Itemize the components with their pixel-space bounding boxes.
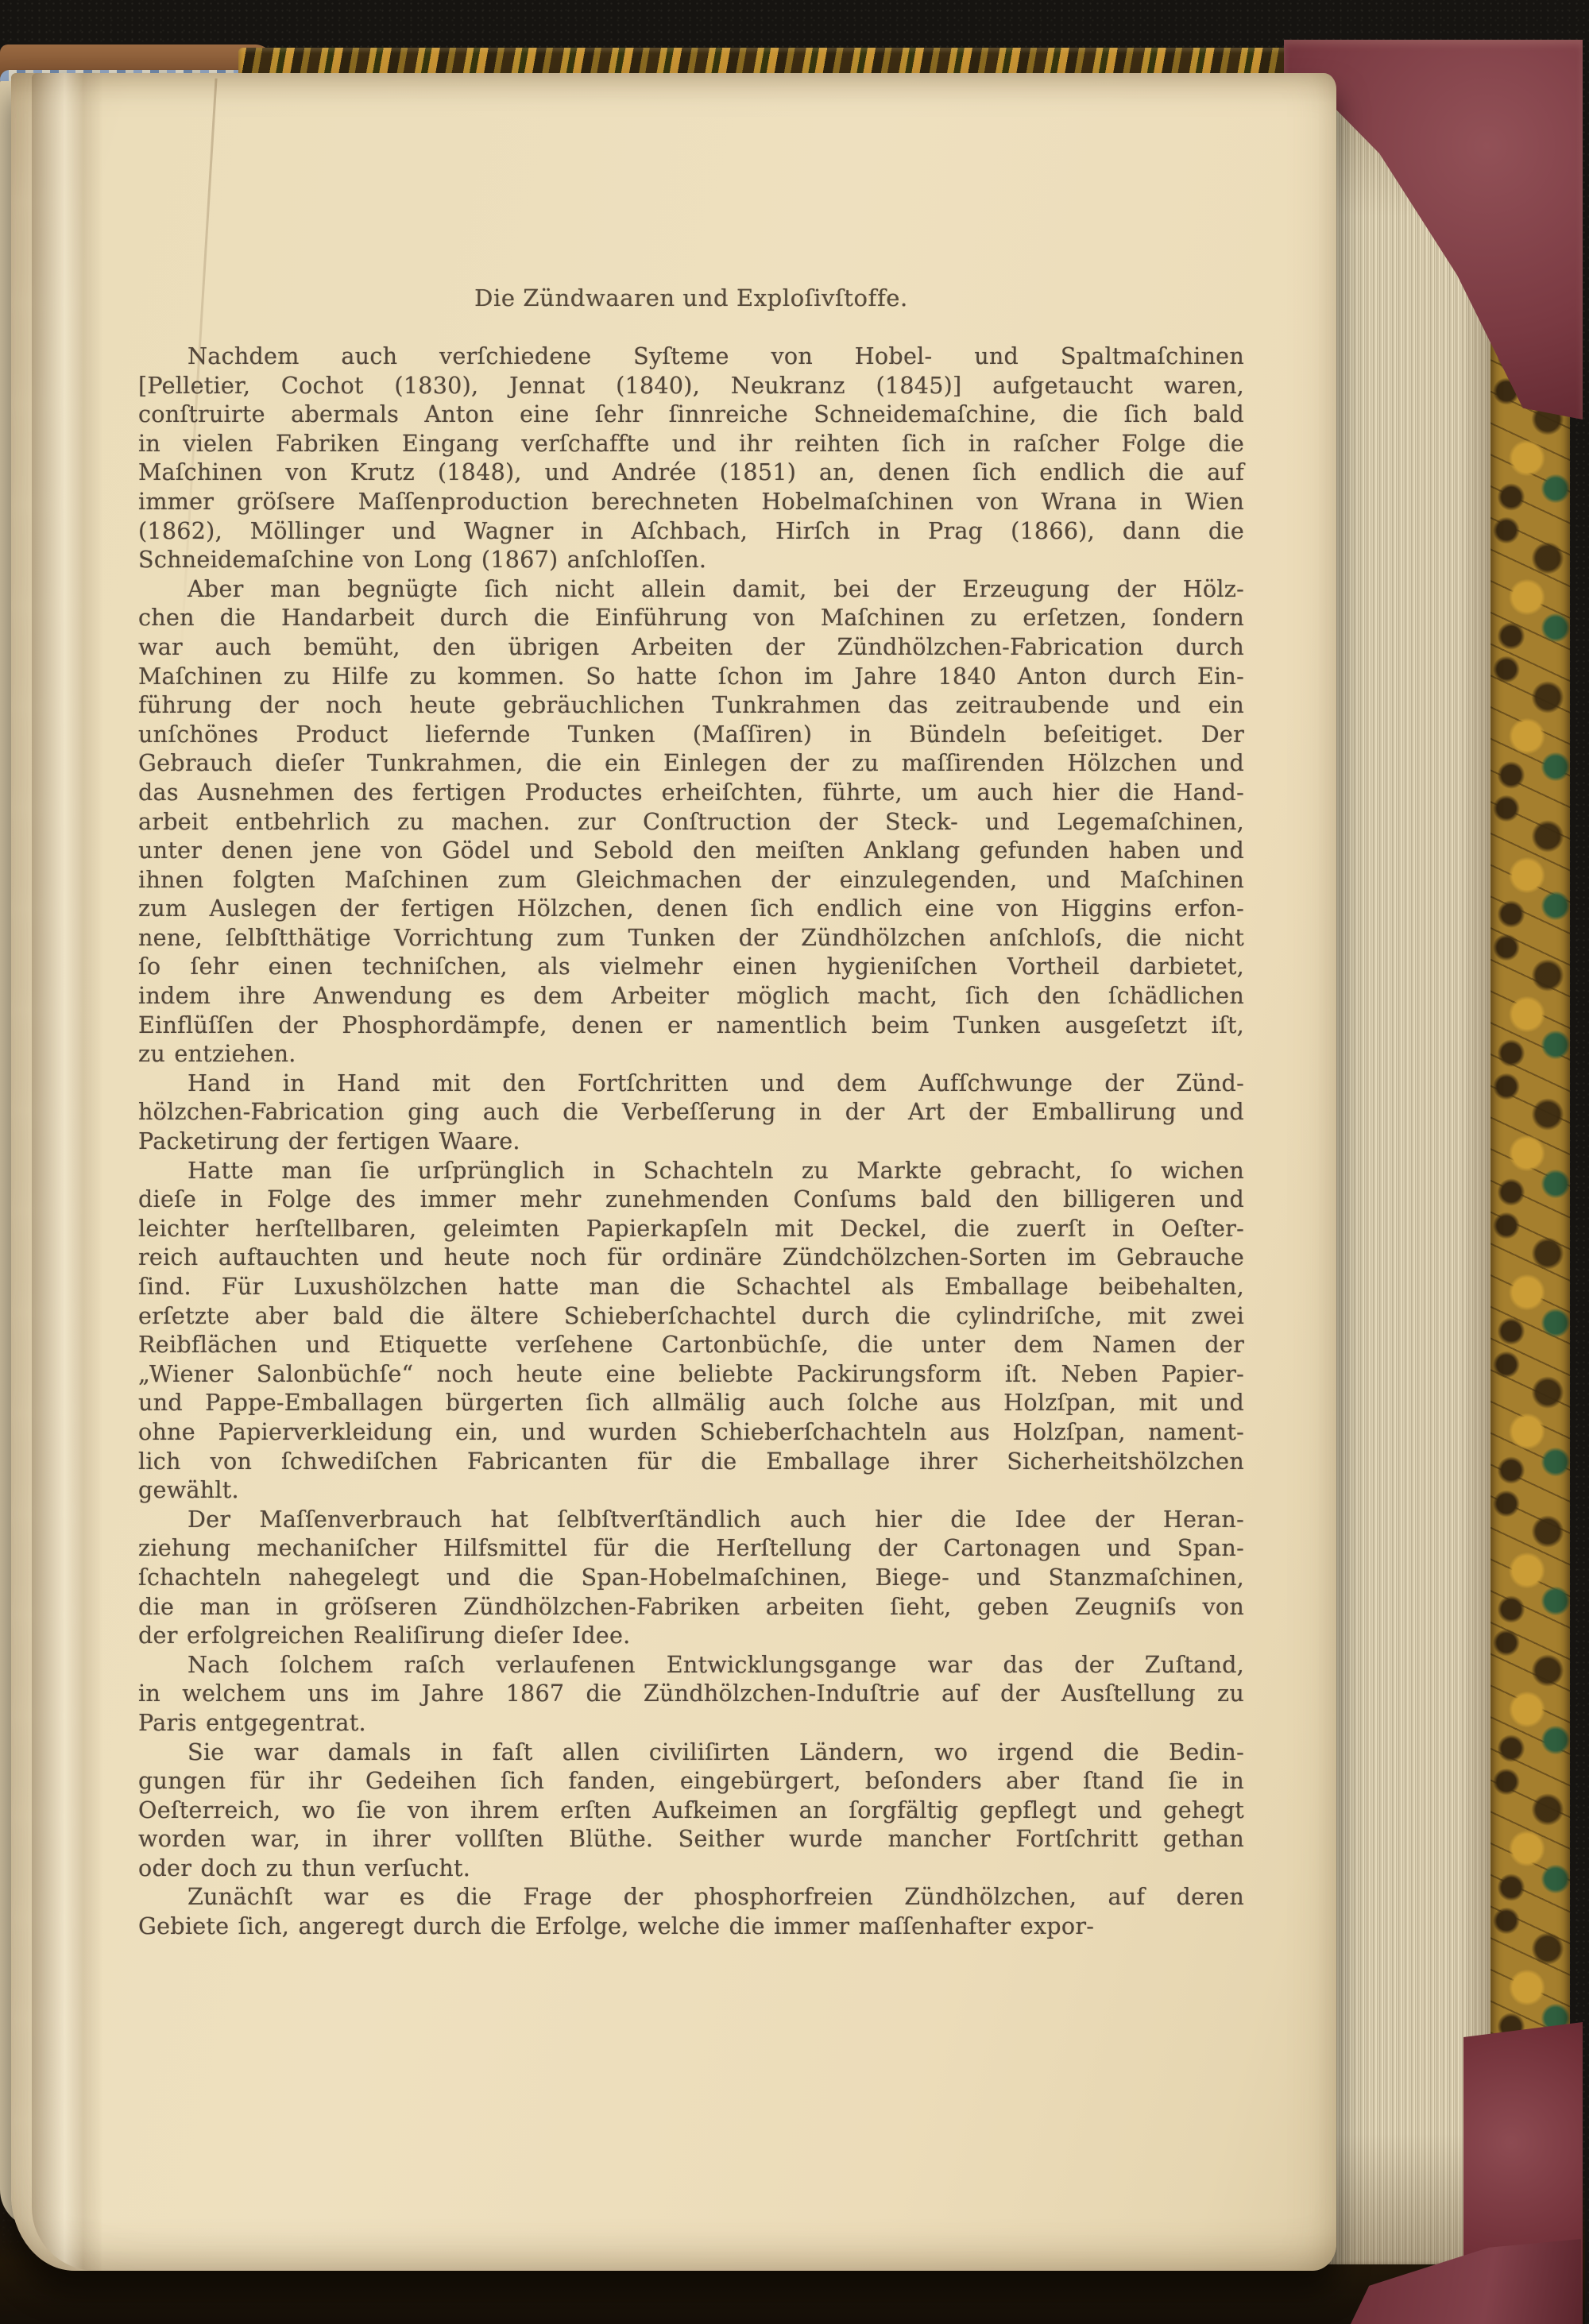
running-head: Die Zündwaaren und Exploſivſtoffe. [138, 284, 1244, 311]
text-line: Gebrauch dieſer Tunkrahmen, die ein Einl… [138, 748, 1244, 778]
text-line: Der Maſſenverbrauch hat ſelbſtverſtändli… [138, 1505, 1244, 1534]
text-line: Oeſterreich, wo ſie von ihrem erſten Auf… [138, 1796, 1244, 1825]
text-line: worden war, in ihrer vollſten Blüthe. Se… [138, 1824, 1244, 1854]
text-line: Nach ſolchem raſch verlaufenen Entwicklu… [138, 1650, 1244, 1680]
text-line: conſtruirte abermals Anton eine ſehr ſin… [138, 400, 1244, 429]
text-line: zu entziehen. [138, 1039, 1244, 1069]
text-line: oder doch zu thun verſucht. [138, 1854, 1244, 1883]
text-line: [Pelletier, Cochot (1830), Jennat (1840)… [138, 371, 1244, 400]
text-line: war auch bemüht, den übrigen Arbeiten de… [138, 632, 1244, 662]
text-line: lich von ſchwediſchen Fabricanten für di… [138, 1447, 1244, 1476]
book-page: Die Zündwaaren und Exploſivſtoffe. Nachd… [11, 73, 1336, 2271]
text-line: die man in gröſseren Zündhölzchen-Fabrik… [138, 1592, 1244, 1622]
text-line: Gebiete ſich, angeregt durch die Erfolge… [138, 1912, 1244, 1941]
text-line: „Wiener Salonbüchſe“ noch heute eine bel… [138, 1359, 1244, 1389]
text-line: Maſchinen von Krutz (1848), und Andrée (… [138, 458, 1244, 487]
paragraph: Hand in Hand mit den Fortſchritten und d… [138, 1069, 1244, 1156]
text-line: ſo ſehr einen techniſchen, als vielmehr … [138, 952, 1244, 981]
text-line: zum Auslegen der fertigen Hölzchen, dene… [138, 894, 1244, 923]
text-line: chen die Handarbeit durch die Einführung… [138, 603, 1244, 632]
paragraph: Der Maſſenverbrauch hat ſelbſtverſtändli… [138, 1505, 1244, 1650]
text-line: Sie war damals in faſt allen civiliſirte… [138, 1738, 1244, 1767]
text-line: hölzchen-Fabrication ging auch die Verbe… [138, 1097, 1244, 1127]
book-scan-photo: Die Zündwaaren und Exploſivſtoffe. Nachd… [0, 0, 1589, 2324]
text-line: in welchem uns im Jahre 1867 die Zündhöl… [138, 1679, 1244, 1708]
text-line: gungen für ihr Gedeihen ſich fanden, ein… [138, 1766, 1244, 1796]
text-line: Nachdem auch verſchiedene Syſteme von Ho… [138, 342, 1244, 371]
text-line: Hand in Hand mit den Fortſchritten und d… [138, 1069, 1244, 1098]
text-line: Maſchinen zu Hilfe zu kommen. So hatte ſ… [138, 662, 1244, 691]
text-line: unſchönes Product liefernde Tunken (Maſſ… [138, 720, 1244, 749]
gutter-shadow [32, 73, 103, 2271]
text-line: ihnen folgten Maſchinen zum Gleichmachen… [138, 865, 1244, 895]
text-line: führung der noch heute gebräuchlichen Tu… [138, 690, 1244, 720]
paragraph: Aber man begnügte ſich nicht allein dami… [138, 574, 1244, 1069]
text-line: leichter herſtellbaren, geleimten Papier… [138, 1214, 1244, 1243]
text-line: Einflüſſen der Phosphordämpfe, denen er … [138, 1011, 1244, 1040]
text-line: ohne Papierverkleidung ein, und wurden S… [138, 1417, 1244, 1447]
text-line: ſchachteln nahegelegt und die Span-Hobel… [138, 1563, 1244, 1592]
text-line: ziehung mechaniſcher Hilfsmittel für die… [138, 1533, 1244, 1563]
text-line: indem ihre Anwendung es dem Arbeiter mög… [138, 981, 1244, 1011]
text-line: Aber man begnügte ſich nicht allein dami… [138, 574, 1244, 604]
text-line: immer gröſsere Maſſenproduction berechne… [138, 487, 1244, 516]
text-block: Nachdem auch verſchiedene Syſteme von Ho… [138, 342, 1244, 1941]
paragraph: Zunächſt war es die Frage der phosphorfr… [138, 1882, 1244, 1940]
book-cover-marbled-paper [1490, 94, 1570, 2268]
text-line: gewählt. [138, 1475, 1244, 1505]
text-line: in vielen Fabriken Eingang verſchaffte u… [138, 429, 1244, 458]
text-line: reich auftauchten und heute noch für ord… [138, 1243, 1244, 1272]
text-line: arbeit entbehrlich zu machen. zur Conſtr… [138, 807, 1244, 837]
text-line: das Ausnehmen des fertigen Productes erh… [138, 778, 1244, 807]
text-line: ſind. Für Luxushölzchen hatte man die Sc… [138, 1272, 1244, 1301]
text-line: Paris entgegentrat. [138, 1708, 1244, 1738]
text-line: nene, ſelbſtthätige Vorrichtung zum Tunk… [138, 923, 1244, 953]
text-line: der erfolgreichen Realiſirung dieſer Ide… [138, 1621, 1244, 1650]
text-line: erſetzte aber bald die ältere Schieberſc… [138, 1301, 1244, 1331]
paragraph: Hatte man ſie urſprünglich in Schachteln… [138, 1156, 1244, 1505]
text-line: Reibflächen und Etiquette verſehene Cart… [138, 1330, 1244, 1359]
text-line: und Pappe-Emballagen bürgerten ſich allm… [138, 1388, 1244, 1417]
paragraph: Nachdem auch verſchiedene Syſteme von Ho… [138, 342, 1244, 574]
paragraph: Nach ſolchem raſch verlaufenen Entwicklu… [138, 1650, 1244, 1738]
text-line: Zunächſt war es die Frage der phosphorfr… [138, 1882, 1244, 1912]
text-line: unter denen jene von Gödel und Sebold de… [138, 836, 1244, 865]
text-line: (1862), Möllinger und Wagner in Aſchbach… [138, 516, 1244, 546]
text-line: Schneidemaſchine von Long (1867) anſchlo… [138, 545, 1244, 574]
paragraph: Sie war damals in faſt allen civiliſirte… [138, 1738, 1244, 1883]
text-line: Packetirung der fertigen Waare. [138, 1127, 1244, 1156]
text-line: Hatte man ſie urſprünglich in Schachteln… [138, 1156, 1244, 1185]
text-line: dieſe in Folge des immer mehr zunehmende… [138, 1185, 1244, 1214]
